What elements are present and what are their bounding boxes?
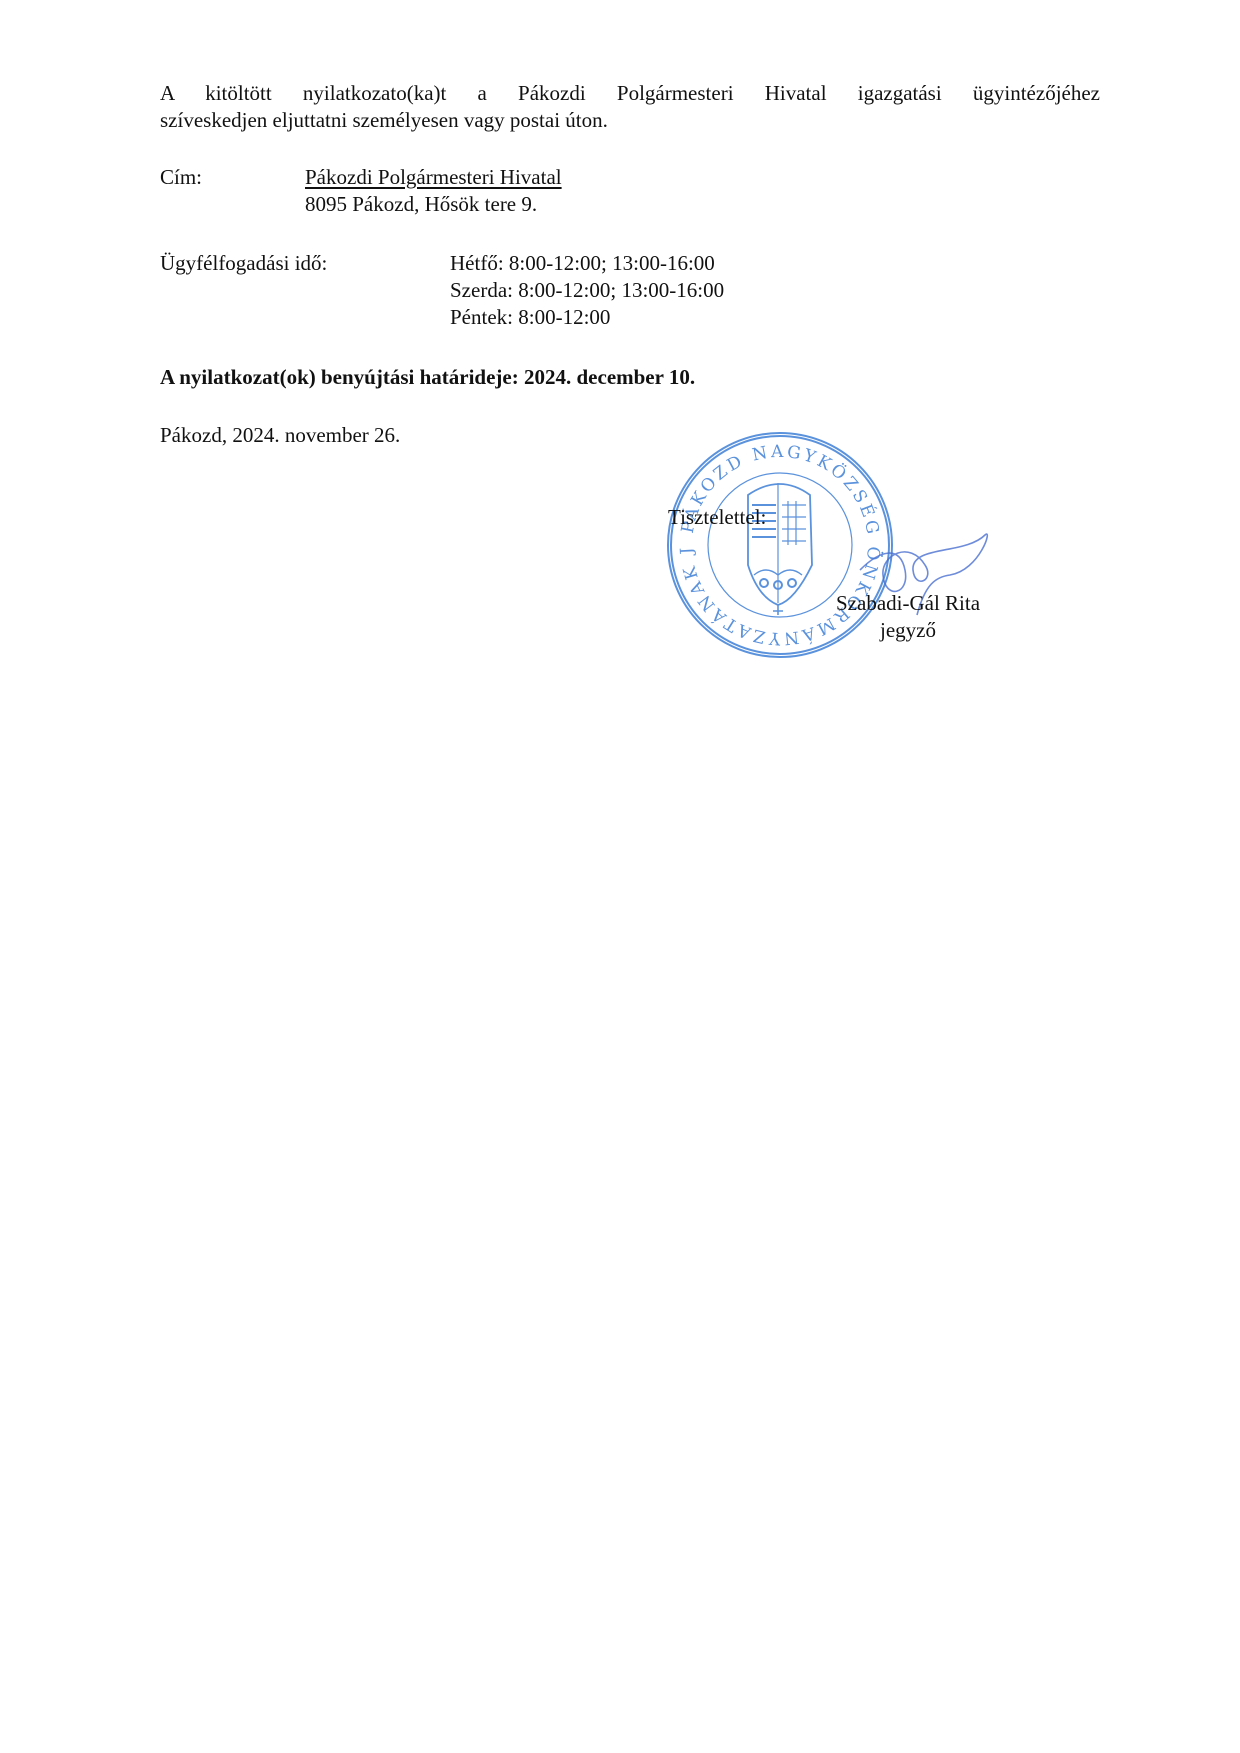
submission-deadline: A nyilatkozat(ok) benyújtási határideje:… <box>160 364 695 391</box>
place-and-date: Pákozd, 2024. november 26. <box>160 422 400 449</box>
address-label: Cím: <box>160 164 202 191</box>
office-hours-item: Péntek: 8:00-12:00 <box>450 304 724 331</box>
office-street: 8095 Pákozd, Hősök tere 9. <box>305 191 562 218</box>
intro-line-2: szíveskedjen eljuttatni személyesen vagy… <box>160 107 1100 134</box>
office-hours-item: Hétfő: 8:00-12:00; 13:00-16:00 <box>450 250 724 277</box>
office-hours-list: Hétfő: 8:00-12:00; 13:00-16:00 Szerda: 8… <box>450 250 724 331</box>
office-hours-item: Szerda: 8:00-12:00; 13:00-16:00 <box>450 277 724 304</box>
signer-name: Szabadi-Gál Rita <box>836 590 980 617</box>
office-hours-label: Ügyfélfogadási idő: <box>160 250 327 277</box>
signer-title: jegyző <box>880 617 936 644</box>
closing-salutation: Tisztelettel: <box>668 504 766 531</box>
document-page: A kitöltött nyilatkozato(ka)t a Pákozdi … <box>0 0 1240 1753</box>
office-name: Pákozdi Polgármesteri Hivatal <box>305 164 562 191</box>
address-block: Pákozdi Polgármesteri Hivatal 8095 Pákoz… <box>305 164 562 218</box>
intro-line-1: A kitöltött nyilatkozato(ka)t a Pákozdi … <box>160 80 1100 107</box>
intro-paragraph: A kitöltött nyilatkozato(ka)t a Pákozdi … <box>160 80 1100 134</box>
